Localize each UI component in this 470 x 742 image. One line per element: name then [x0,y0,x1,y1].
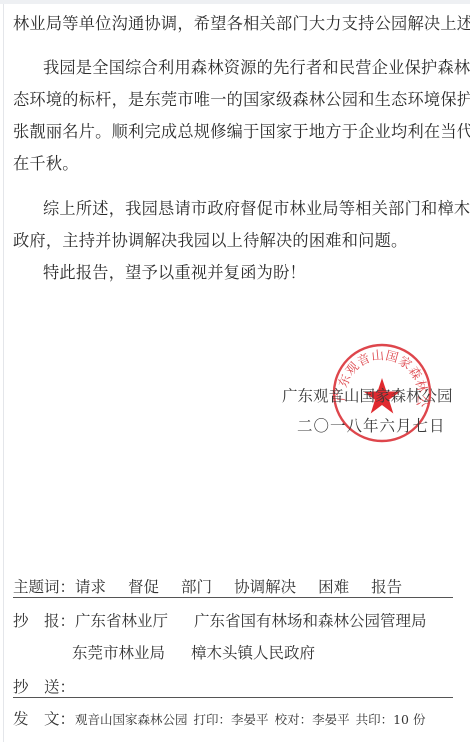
keywords-underline [13,597,453,598]
paragraph-3-line-1: 综上所述，我园恳请市政府督促市林业局等相关部门和樟木头镇 [43,199,470,219]
left-border [3,4,4,742]
report-recipient: 广东省国有林场和森林公园管理局 [194,612,427,630]
keyword: 督促 [128,578,159,596]
copies-label: 共印： [356,712,394,727]
send-label: 抄 送： [13,678,75,696]
keyword: 部门 [181,578,212,596]
report-recipient: 东莞市林业局 [72,644,165,662]
printer: 李晏平 [231,712,269,727]
keywords-label: 主题词： [13,578,75,596]
issuer: 观音山国家森林公园 [75,712,188,727]
send-underline [13,697,453,698]
report-row-1: 抄 报：广东省林业厅广东省国有林场和森林公园管理局 [13,611,427,631]
keyword: 请求 [75,578,106,596]
paragraph-2-line-3: 张靓丽名片。顺利完成总规修编于国家于地方于企业均利在当代，功 [13,122,470,142]
top-border [0,0,470,4]
issue-label: 发 文： [13,710,75,728]
keyword: 困难 [318,578,349,596]
paragraph-1-line-1: 林业局等单位沟通协调，希望各相关部门大力支持公园解决上述问题。 [13,14,470,34]
signature-date: 二〇一八年六月七日 [297,416,446,436]
report-recipient: 广东省林业厅 [75,612,168,630]
signature-organization: 广东观音山国家森林公园 [282,386,453,406]
report-row-2: 东莞市林业局樟木头镇人民政府 [72,643,315,663]
issue-row: 发 文：观音山国家森林公园打印：李晏平校对：李晏平共印：10 份 [13,709,426,730]
paragraph-2-line-1: 我园是全国综合利用森林资源的先行者和民营企业保护森林生 [43,58,470,78]
proof-label: 校对： [275,712,313,727]
report-recipient: 樟木头镇人民政府 [191,644,315,662]
paragraph-4-line-1: 特此报告，望予以重视并复函为盼！ [43,263,306,283]
copies: 10 份 [393,712,425,727]
keyword: 报告 [371,578,402,596]
paragraph-3-line-2: 政府，主持并协调解决我园以上待解决的困难和问题。 [13,231,408,251]
print-label: 打印： [194,712,232,727]
send-row: 抄 送： [13,677,75,697]
keywords-row: 主题词：请求督促部门协调解决困难报告 [13,577,402,597]
keyword: 协调解决 [234,578,296,596]
paragraph-2-line-2: 态环境的标杆，是东莞市唯一的国家级森林公园和生态环境保护的一 [13,90,470,110]
paragraph-2-line-4: 在千秋。 [13,154,79,174]
proofreader: 李晏平 [312,712,350,727]
report-label: 抄 报： [13,612,75,630]
